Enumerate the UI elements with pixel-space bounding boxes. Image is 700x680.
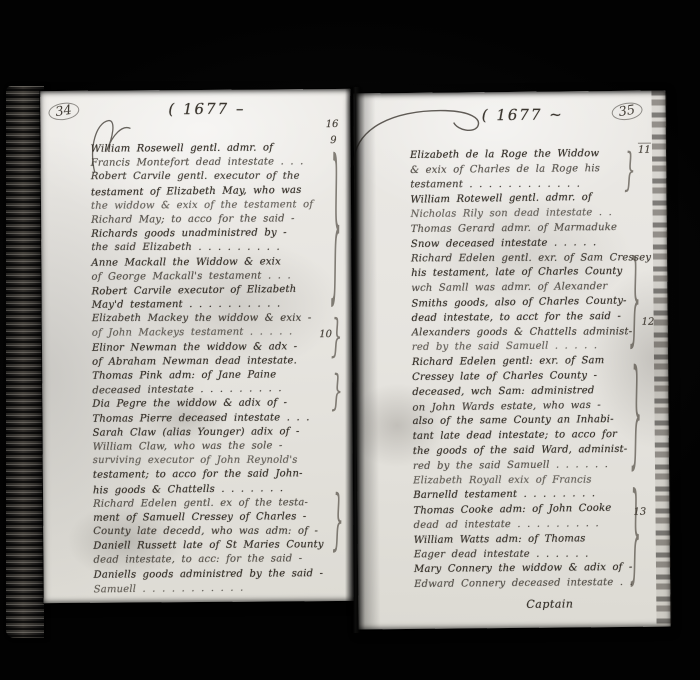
left-page: 34 ( 1677 – 16 9 10 William Rosewell gen… <box>40 89 354 603</box>
left-page-number: 34 <box>48 103 79 120</box>
margin-brace: } <box>629 251 641 353</box>
manuscript-line: Eager dead intestate . . . . . . <box>414 547 658 563</box>
margin-brace: } <box>630 359 643 476</box>
manuscript-line: Snow deceased intestate . . . . . <box>411 235 655 252</box>
manuscript-line: on John Wards estate, who was - <box>412 398 656 416</box>
right-year-heading: ( 1677 ~ <box>482 105 564 124</box>
manuscript-line: Richard Edelen gentl. exr. of Sam Cresse… <box>411 251 655 267</box>
right-page-number-value: 35 <box>611 101 644 122</box>
manuscript-line: ment of Samuell Cressey of Charles - <box>93 510 349 526</box>
margin-brace: } <box>329 145 342 313</box>
manuscript-line: Robert Carvile gentl. executor of the <box>91 170 347 185</box>
book-page-edges <box>6 86 44 638</box>
margin-brace: } <box>331 371 343 413</box>
margin-brace: } <box>332 489 344 555</box>
right-text-block: Elizabeth de la Roge the Widdow& exix of… <box>410 147 658 593</box>
manuscript-line: of John Mackeys testament . . . . . <box>92 325 348 341</box>
manuscript-line: red by the said Samuell . . . . . <box>412 339 656 356</box>
manuscript-line: Robert Carvile executor of Elizabeth <box>92 282 348 299</box>
manuscript-line: Alexanders goods & Chattells administ- <box>412 325 656 341</box>
left-year-heading: ( 1677 – <box>168 100 245 119</box>
manuscript-line: dead ad intestate . . . . . . . . . <box>414 517 658 534</box>
manuscript-line: Elizabeth Mackey the widdow & exix - <box>92 312 348 327</box>
manuscript-line: dead intestate, to acc: for the said - <box>93 552 349 568</box>
margin-brace: } <box>629 483 641 591</box>
right-page-number: 35 <box>612 103 643 120</box>
manuscript-line: Richards goods unadministred by - <box>91 226 347 242</box>
right-page: ( 1677 ~ 35 11 12 13 Elizabeth de la Rog… <box>353 91 670 630</box>
manuscript-line: William Claw, who was the sole - <box>93 439 349 455</box>
manuscript-line: surviving executor of John Reynold's <box>93 454 349 469</box>
book-gutter <box>345 87 365 633</box>
manuscript-line: & exix of Charles de la Roge his <box>410 161 654 178</box>
catchword: Captain <box>526 597 573 610</box>
manuscript-line: the said Elizabeth . . . . . . . . . <box>91 241 347 256</box>
margin-brace: } <box>624 149 636 194</box>
manuscript-line: Samuell . . . . . . . . . . . <box>94 580 350 597</box>
manuscript-line: County late decedd, who was adm: of - <box>93 525 349 540</box>
manuscript-line: May'd testament . . . . . . . . . . <box>92 297 348 313</box>
manuscript-line: William Watts adm: of Thomas <box>414 531 658 548</box>
manuscript-photo: 34 ( 1677 – 16 9 10 William Rosewell gen… <box>0 0 700 680</box>
manuscript-line: dead intestate, to acct for the said - <box>412 309 656 326</box>
manuscript-line: Thomas Gerard admr. of Marmaduke <box>411 221 655 238</box>
manuscript-line: Edward Connery deceased intestate . . <box>414 576 658 593</box>
left-text-block: William Rosewell gentl. admr. ofFrancis … <box>91 141 350 597</box>
manuscript-line: red by the said Samuell . . . . . . <box>413 457 657 474</box>
manuscript-line: Richard Edelen gentl. ex of the testa- <box>93 496 349 512</box>
manuscript-line: Richard May; to acco for the said - <box>91 212 347 228</box>
left-page-number-value: 34 <box>47 101 80 122</box>
margin-brace: } <box>331 315 343 360</box>
manuscript-line: Elizabeth Royall exix of Francis <box>413 473 657 489</box>
